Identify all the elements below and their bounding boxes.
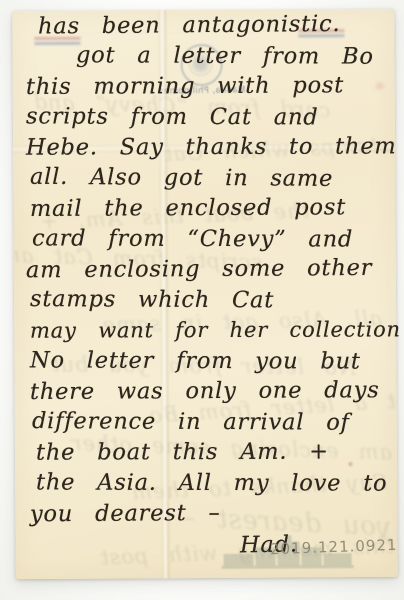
photo-background: card from “Chevy” and stamps which Cat t… [0, 0, 404, 600]
letter-line: all. Also got in same [30, 161, 396, 194]
letter-line: the boat this Am. + [36, 436, 396, 468]
letter-line: am enclosing some other [26, 253, 396, 286]
letter-line: there was only one days [30, 375, 396, 407]
letter-line: got a letter from Bo [76, 40, 396, 72]
letter-line: difference in arrival of [32, 406, 396, 438]
letter-line: mail the enclosed post [30, 192, 396, 224]
letter-line: card from “Chevy” and [32, 223, 396, 255]
letter-line: the Asia. All my love to [36, 467, 396, 499]
letter-line: stamps which Cat [30, 284, 396, 316]
letter-line: may want for her collection [30, 314, 396, 346]
letter-line: scripts from Cat and [26, 101, 396, 133]
letter-line: has been antagonistic. [38, 8, 396, 42]
letter-line: Hebe. Say thanks to them [26, 131, 396, 163]
letter-line: this morning with post [26, 70, 396, 102]
letter-line: No letter from you but [30, 345, 396, 377]
letter-line: you dearest – [30, 497, 396, 530]
letter-body-text: has been antagonistic. got a letter from… [14, 10, 396, 559]
